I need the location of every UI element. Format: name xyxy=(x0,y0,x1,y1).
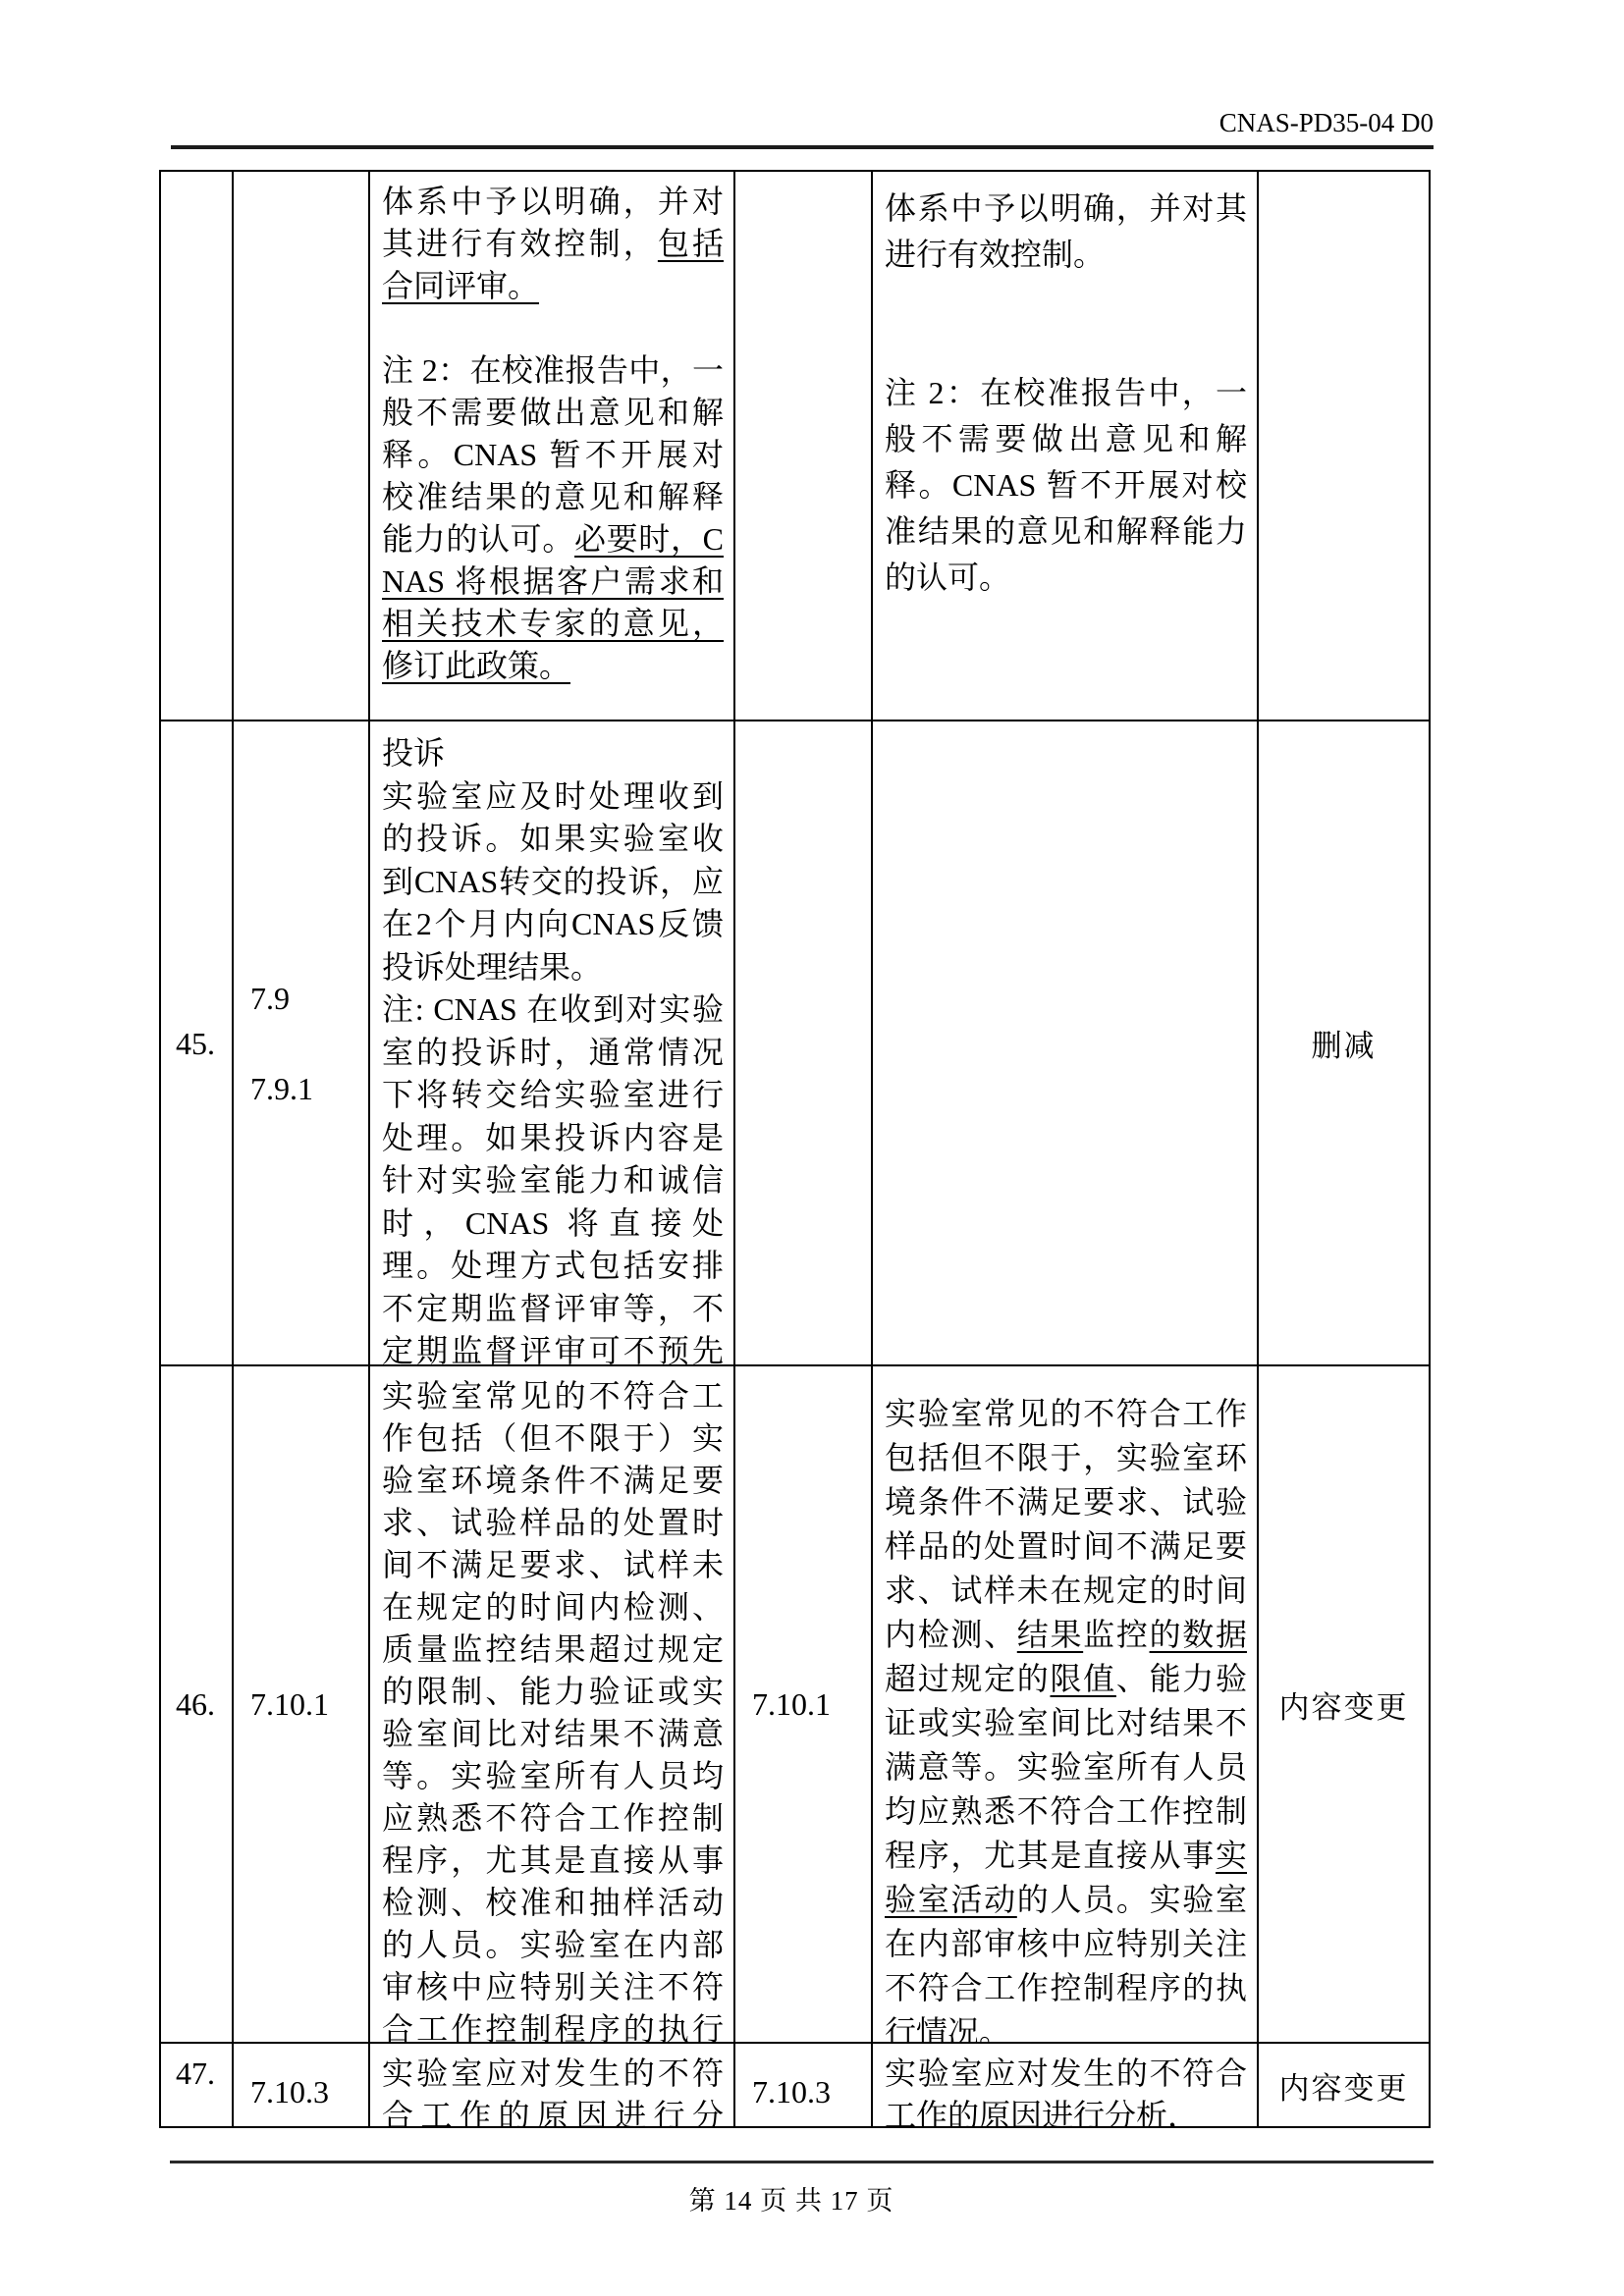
page: CNAS-PD35-04 D0 体系中予以明确，并对其进行有效控制，包括合同评审… xyxy=(0,0,1624,2296)
cell-new-clause-number-47: 7.10.3 xyxy=(735,2044,873,2126)
paragraph: 注 2：在校准报告中，一般不需要做出意见和解释。CNAS 暂不开展对校准结果的意… xyxy=(885,370,1247,601)
cell-new-clause-number-46: 7.10.1 xyxy=(735,1366,873,2044)
clause-line: 7.10.1 xyxy=(752,1682,871,1727)
cell-row-number-continuation xyxy=(161,172,234,721)
cell-remark-46: 内容变更 xyxy=(1259,1366,1429,2044)
paragraph xyxy=(885,324,1247,370)
cell-remark-continuation xyxy=(1259,172,1429,721)
cell-old-text-47: 实验室应对发生的不符合工作的原因进行分析， xyxy=(370,2044,735,2126)
cell-new-text-47: 实验室应对发生的不符合工作的原因进行分析， xyxy=(873,2044,1259,2126)
clause-line: 7.9 xyxy=(250,976,368,1021)
header-rule xyxy=(171,145,1434,149)
cell-row-number-47: 47. xyxy=(161,2044,234,2126)
row-number-text: 46. xyxy=(176,1682,232,1726)
paragraph: 实验室常见的不符合工作包括但不限于，实验室环境条件不满足要求、试验样品的处置时间… xyxy=(885,1392,1247,2044)
paragraph: 投诉 xyxy=(382,732,724,775)
row-number-text: 47. xyxy=(176,2052,232,2095)
paragraph: 实验室应对发生的不符合工作的原因进行分析， xyxy=(885,2053,1247,2126)
remark-text: 删减 xyxy=(1312,1021,1377,1065)
cell-old-clause-number-continuation xyxy=(234,172,370,721)
cell-old-clause-number-47: 7.10.3 xyxy=(234,2044,370,2126)
cell-row-number-46: 46. xyxy=(161,1366,234,2044)
cell-old-text-continuation: 体系中予以明确，并对其进行有效控制，包括合同评审。注 2：在校准报告中，一般不需… xyxy=(370,172,735,721)
paragraph xyxy=(382,307,724,349)
comparison-table: 体系中予以明确，并对其进行有效控制，包括合同评审。注 2：在校准报告中，一般不需… xyxy=(159,170,1431,2128)
paragraph: 实验室应及时处理收到的投诉。如果实验室收到CNAS转交的投诉，应在2个月内向CN… xyxy=(382,775,724,989)
cell-old-clause-number-45: 7.97.9.1 xyxy=(234,721,370,1366)
remark-text: 内容变更 xyxy=(1279,1682,1409,1727)
cell-row-number-45: 45. xyxy=(161,721,234,1366)
doc-number: CNAS-PD35-04 D0 xyxy=(1219,108,1434,137)
clause-line: 7.9.1 xyxy=(250,1066,368,1111)
cell-remark-45: 删减 xyxy=(1259,721,1429,1366)
clause-line xyxy=(250,1021,368,1066)
clause-line: 7.10.3 xyxy=(250,2069,368,2114)
remark-text: 内容变更 xyxy=(1279,2063,1409,2108)
cell-old-clause-number-46: 7.10.1 xyxy=(234,1366,370,2044)
cell-new-text-46: 实验室常见的不符合工作包括但不限于，实验室环境条件不满足要求、试验样品的处置时间… xyxy=(873,1366,1259,2044)
clause-line: 7.10.3 xyxy=(752,2069,871,2114)
paragraph: 实验室应对发生的不符合工作的原因进行分析， xyxy=(382,2053,724,2126)
cell-new-clause-number-continuation xyxy=(735,172,873,721)
paragraph: 注: CNAS 在收到对实验室的投诉时，通常情况下将转交给实验室进行处理。如果投… xyxy=(382,988,724,1366)
paragraph: 注 2：在校准报告中，一般不需要做出意见和解释。CNAS 暂不开展对校准结果的意… xyxy=(382,349,724,687)
cell-new-text-continuation: 体系中予以明确，并对其进行有效控制。注 2：在校准报告中，一般不需要做出意见和解… xyxy=(873,172,1259,721)
footer-rule xyxy=(170,2161,1434,2163)
clause-line: 7.10.1 xyxy=(250,1682,368,1727)
paragraph: 体系中予以明确，并对其进行有效控制，包括合同评审。 xyxy=(382,181,724,307)
cell-remark-47: 内容变更 xyxy=(1259,2044,1429,2126)
cell-new-clause-number-45 xyxy=(735,721,873,1366)
paragraph xyxy=(885,278,1247,324)
cell-old-text-46: 实验室常见的不符合工作包括（但不限于）实验室环境条件不满足要求、试验样品的处置时… xyxy=(370,1366,735,2044)
cell-new-text-45 xyxy=(873,721,1259,1366)
paragraph: 实验室常见的不符合工作包括（但不限于）实验室环境条件不满足要求、试验样品的处置时… xyxy=(382,1375,724,2044)
page-number: 第 14 页 共 17 页 xyxy=(0,2179,1583,2217)
cell-old-text-45: 投诉实验室应及时处理收到的投诉。如果实验室收到CNAS转交的投诉，应在2个月内向… xyxy=(370,721,735,1366)
row-number-text: 45. xyxy=(176,1022,232,1065)
paragraph: 体系中予以明确，并对其进行有效控制。 xyxy=(885,186,1247,278)
